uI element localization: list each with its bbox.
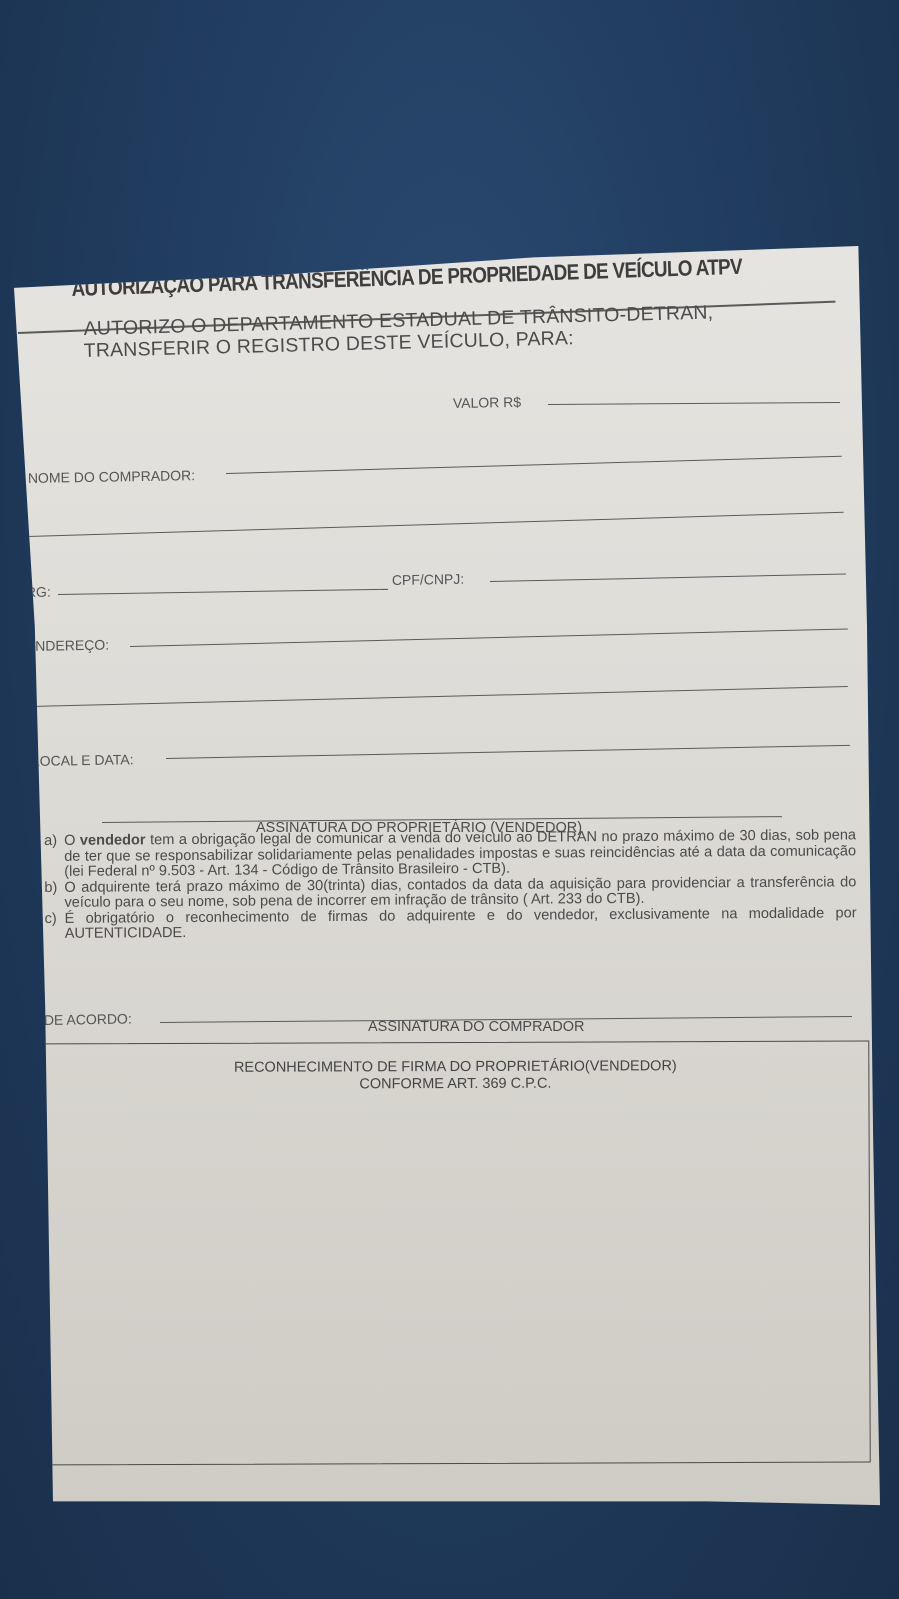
atpv-form-document: AUTORIZAÇÃO PARA TRANSFERÊNCIA DE PROPRI… xyxy=(14,246,880,1514)
rg-field[interactable] xyxy=(58,589,388,595)
agreement-label: DE ACORDO: xyxy=(44,1010,132,1028)
valor-label: VALOR R$ xyxy=(453,394,521,411)
cpf-cnpj-label: CPF/CNPJ: xyxy=(392,571,465,588)
valor-field[interactable] xyxy=(548,402,840,405)
note-marker: c) xyxy=(45,911,65,942)
place-date-field[interactable] xyxy=(166,745,850,759)
note-bold-term: vendedor xyxy=(80,832,146,848)
buyer-name-label: NOME DO COMPRADOR: xyxy=(28,467,195,486)
buyer-name-field[interactable] xyxy=(226,456,842,474)
notary-recognition-box: RECONHECIMENTO DE FIRMA DO PROPRIETÁRIO(… xyxy=(41,1041,870,1466)
buyer-name-field-line-2[interactable] xyxy=(28,512,844,537)
buyer-signature-caption: ASSINATURA DO COMPRADOR xyxy=(368,1019,584,1035)
notary-caption-line-2: CONFORME ART. 369 C.P.C. xyxy=(42,1075,868,1095)
document-title: AUTORIZAÇÃO PARA TRANSFERÊNCIA DE PROPRI… xyxy=(71,254,742,302)
cpf-cnpj-field[interactable] xyxy=(490,574,846,582)
address-label: ENDEREÇO: xyxy=(26,637,110,654)
note-c: c) É obrigatório o reconhecimento de fir… xyxy=(45,906,857,943)
note-a: a) O vendedor tem a obrigação legal de c… xyxy=(44,828,856,880)
note-marker: a) xyxy=(44,834,64,881)
rg-label: RG: xyxy=(26,584,51,600)
legal-notes: a) O vendedor tem a obrigação legal de c… xyxy=(44,828,857,942)
place-date-label: LOCAL E DATA: xyxy=(32,751,134,769)
address-field-line-2[interactable] xyxy=(30,686,848,707)
note-marker: b) xyxy=(44,880,64,911)
address-field[interactable] xyxy=(130,628,848,647)
